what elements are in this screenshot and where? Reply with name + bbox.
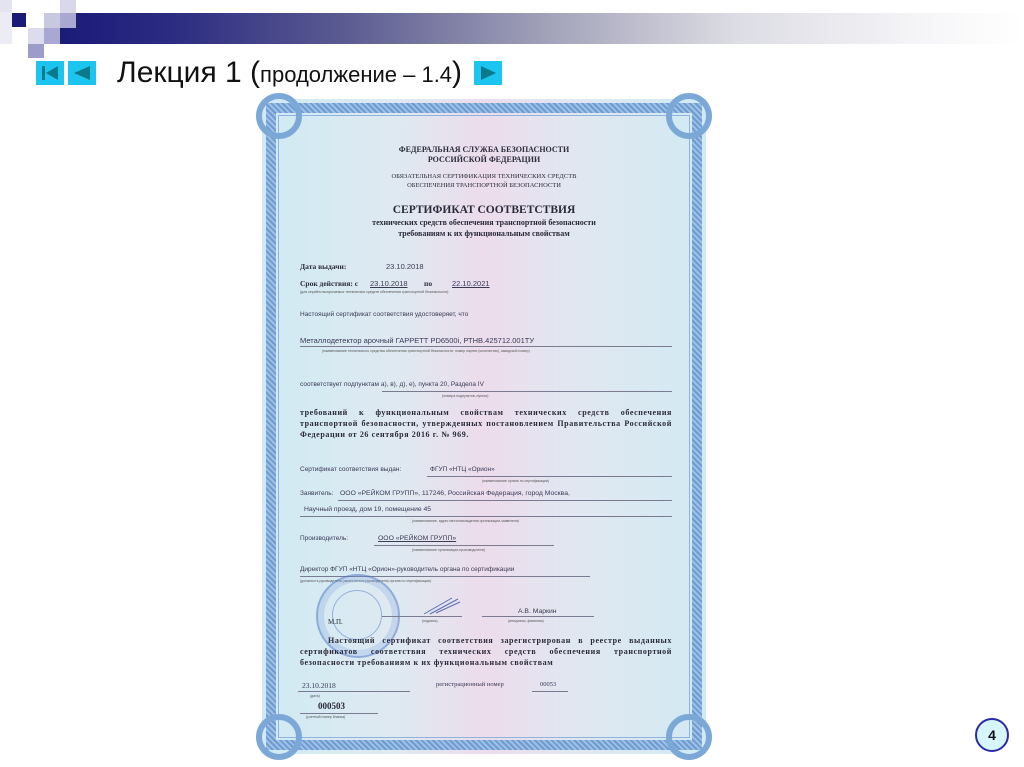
complies-line: соответствует подпунктам а), в), д), е),… <box>300 381 484 388</box>
issue-date: 23.10.2018 <box>386 262 424 271</box>
registration-date: 23.10.2018 <box>302 681 336 690</box>
issuer-line: РОССИЙСКОЙ ФЕДЕРАЦИИ <box>262 155 706 165</box>
product-note: (наименование технического средства обес… <box>322 349 530 353</box>
blank-number-note: (учетный номер бланка) <box>306 715 345 719</box>
seal-inner-ring <box>332 590 382 640</box>
next-slide-icon <box>474 61 502 85</box>
underline <box>382 391 672 392</box>
manufacturer: ООО «РЕЙКОМ ГРУПП» <box>378 535 456 542</box>
signer-name: А.В. Маркин <box>518 608 557 615</box>
decor-square <box>44 28 60 44</box>
issued-by-note: (наименование органа по сертификации) <box>482 479 549 483</box>
requirements-text: требований к функциональным свойствам те… <box>300 407 672 440</box>
valid-from: 23.10.2018 <box>370 279 408 288</box>
signer-note: (инициалы, фамилия) <box>508 619 544 623</box>
ornament-corner <box>256 714 302 760</box>
issued-by-label: Сертификат соответствия выдан: <box>300 466 401 473</box>
signature-mark <box>422 596 462 616</box>
first-slide-button[interactable] <box>36 61 64 85</box>
prev-slide-icon <box>68 61 96 85</box>
registration-date-note: (дата) <box>310 694 320 698</box>
ornament-corner <box>666 714 712 760</box>
underline <box>300 713 378 714</box>
underline <box>374 545 554 546</box>
registration-number-label: регистрационный номер <box>436 681 504 688</box>
title-paren: ( <box>250 56 260 89</box>
applicant-label: Заявитель: <box>300 490 333 497</box>
decor-square <box>28 28 44 44</box>
underline <box>298 691 410 692</box>
first-slide-icon <box>36 61 64 85</box>
manufacturer-label: Производитель: <box>300 535 348 542</box>
product-name: Металлодетектор арочный ГАРРЕТТ PD6500i,… <box>300 336 534 345</box>
issued-by: ФГУП «НТЦ «Орион» <box>430 466 495 473</box>
complies-note: (номера подпунктов, пункта) <box>442 394 488 398</box>
certificate-image: ФЕДЕРАЛЬНАЯ СЛУЖБА БЕЗОПАСНОСТИ РОССИЙСК… <box>262 99 706 754</box>
underline <box>427 476 672 477</box>
title-paren: ) <box>452 56 462 89</box>
description-line: требованиям к их функциональным свойства… <box>262 228 706 239</box>
title-subtitle: продолжение – 1.4 <box>260 62 452 87</box>
issuer-line: ФЕДЕРАЛЬНАЯ СЛУЖБА БЕЗОПАСНОСТИ <box>262 145 706 155</box>
validity-label: Срок действия: с <box>300 279 358 288</box>
blank-number: 000503 <box>318 701 345 711</box>
valid-to-label: по <box>424 279 432 288</box>
issue-date-label: Дата выдачи: <box>300 262 346 271</box>
underline <box>338 500 672 501</box>
valid-to: 22.10.2021 <box>452 279 490 288</box>
slide-title: Лекция 1 (продолжение – 1.4) <box>117 55 462 93</box>
title-main: Лекция 1 <box>117 56 242 89</box>
seal-label: М.П. <box>328 618 343 626</box>
underline <box>300 346 672 347</box>
decor-square <box>0 12 12 44</box>
decor-square <box>44 13 60 28</box>
decor-square <box>28 44 44 58</box>
signature-note: (подпись) <box>422 619 438 623</box>
certificate-system: ОБЯЗАТЕЛЬНАЯ СЕРТИФИКАЦИЯ ТЕХНИЧЕСКИХ СР… <box>262 172 706 190</box>
decor-square <box>60 13 76 28</box>
registration-text: Настоящий сертификат соответствия зареги… <box>300 635 672 668</box>
header-gradient-bar <box>58 13 1024 44</box>
description-line: технических средств обеспечения транспор… <box>262 217 706 228</box>
certificate-title: СЕРТИФИКАТ СООТВЕТСТВИЯ <box>262 204 706 217</box>
applicant-address: ООО «РЕЙКОМ ГРУПП», 117246, Российская Ф… <box>340 490 570 497</box>
decor-square <box>60 0 76 13</box>
system-line: ОБЯЗАТЕЛЬНАЯ СЕРТИФИКАЦИЯ ТЕХНИЧЕСКИХ СР… <box>262 172 706 181</box>
complies-label: соответствует подпунктам <box>300 381 379 388</box>
validity-note: (для серийно выпускаемых технических сре… <box>300 290 448 294</box>
applicant-address: Научный проезд, дом 19, помещение 45 <box>304 506 431 513</box>
underline <box>532 691 568 692</box>
manufacturer-note: (наименование организации-производителя) <box>412 548 485 552</box>
applicant-note: (наименование, адрес местонахождения орг… <box>412 519 519 523</box>
ornament-corner <box>666 93 712 139</box>
registration-number: 00053 <box>540 681 556 688</box>
signature-line <box>382 616 462 617</box>
decor-square <box>12 13 26 27</box>
certificate-issuer: ФЕДЕРАЛЬНАЯ СЛУЖБА БЕЗОПАСНОСТИ РОССИЙСК… <box>262 145 706 165</box>
signer-position: Директор ФГУП «НТЦ «Орион»-руководитель … <box>300 566 514 573</box>
certificate-description: технических средств обеспечения транспор… <box>262 217 706 239</box>
ornament-corner <box>256 93 302 139</box>
next-slide-button[interactable] <box>474 61 502 85</box>
page-number-badge: 4 <box>975 718 1009 752</box>
system-line: ОБЕСПЕЧЕНИЯ ТРАНСПОРТНОЙ БЕЗОПАСНОСТИ <box>262 181 706 190</box>
prev-slide-button[interactable] <box>68 61 96 85</box>
underline <box>482 616 594 617</box>
decor-square <box>0 0 12 12</box>
certifies-text: Настоящий сертификат соответствия удосто… <box>300 311 468 318</box>
complies-value: а), в), д), е), пункта 20, Раздела IV <box>381 381 484 388</box>
underline <box>300 516 672 517</box>
